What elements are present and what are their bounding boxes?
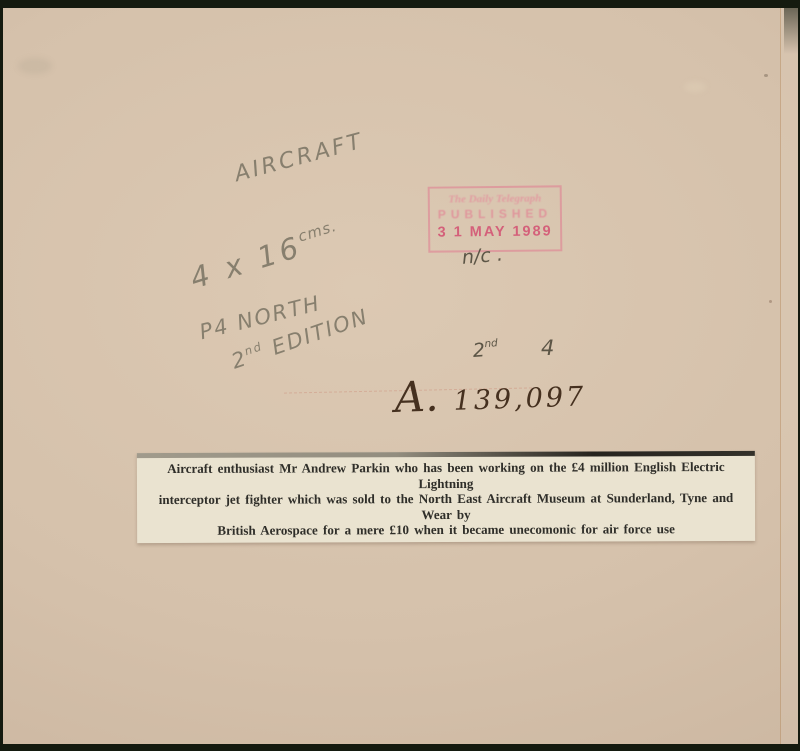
photo-back-scan: AIRCRAFT 4 x 16cms. P4 NORTH 2nd EDITION… <box>0 0 800 751</box>
caption-clipping: Aircraft enthusiast Mr Andrew Parkin who… <box>137 451 755 543</box>
reference-digits: 139,097 <box>453 381 587 417</box>
reference-prefix: A. <box>394 371 439 421</box>
paper-speck <box>769 300 772 303</box>
paper-smudge <box>684 82 706 92</box>
caption-line-1: Aircraft enthusiast Mr Andrew Parkin who… <box>147 459 745 492</box>
handwritten-reference-number: A. 139,097 <box>394 371 587 419</box>
handwritten-second: 2nd <box>472 337 499 362</box>
caption-line-2: interceptor jet fighter which was sold t… <box>147 490 745 523</box>
paper-edge-strip <box>781 8 798 744</box>
caption-line-3: British Aerospace for a mere £10 when it… <box>147 521 745 539</box>
paper-speck <box>764 74 768 77</box>
handwritten-column-number: 4 <box>541 336 554 360</box>
stamp-publication-name: The Daily Telegraph <box>430 192 560 205</box>
stamp-published-label: PUBLISHED <box>430 206 560 221</box>
second-ordinal-suffix: nd <box>484 337 498 350</box>
paper-smudge <box>18 58 52 74</box>
corner-shadow <box>784 8 798 54</box>
handwritten-nc-note: n/c . <box>461 243 504 268</box>
published-date-stamp: The Daily Telegraph PUBLISHED 3 1 MAY 19… <box>428 185 563 252</box>
stamp-date: 3 1 MAY 1989 <box>430 223 560 240</box>
